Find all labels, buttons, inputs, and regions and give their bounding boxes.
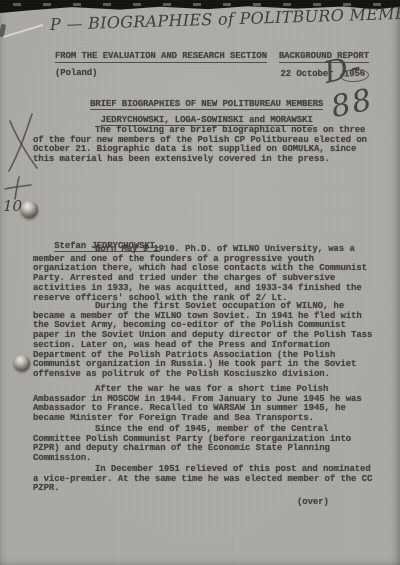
bio-paragraph-2: During the first Soviet occupation of WI…: [33, 302, 375, 380]
hole-punch-blob-lower: [14, 355, 30, 371]
header-row-country-date: (Poland) 22 October 1956: [55, 69, 369, 82]
handwritten-doc-number: D-88: [321, 42, 400, 125]
over-label: (over): [297, 498, 329, 508]
handwritten-number-annotation: 10: [3, 197, 22, 215]
scratch-mark: [3, 24, 44, 38]
section-line-label: FROM THE EVALUATION AND RESEARCH SECTION: [55, 52, 267, 63]
bio-paragraph-3: After the war he was for a short time Po…: [33, 385, 375, 424]
hole-punch-blob-upper: [21, 201, 38, 218]
bio-paragraph-5: In December 1951 relieved of this post a…: [33, 465, 375, 494]
scanned-document-page: P — BIOGRAPHIES of POLITBURO MEMBERS FRO…: [0, 0, 400, 565]
country-label: (Poland): [55, 69, 97, 82]
x-mark-annotation: [6, 113, 40, 173]
bio-paragraph-1: Born May 9 1910. Ph.D. of WILNO Universi…: [33, 245, 375, 303]
bio-paragraph-4: Since the end of 1945, member of the Cen…: [33, 425, 375, 464]
intro-paragraph: The following are brief biographical not…: [33, 126, 375, 165]
